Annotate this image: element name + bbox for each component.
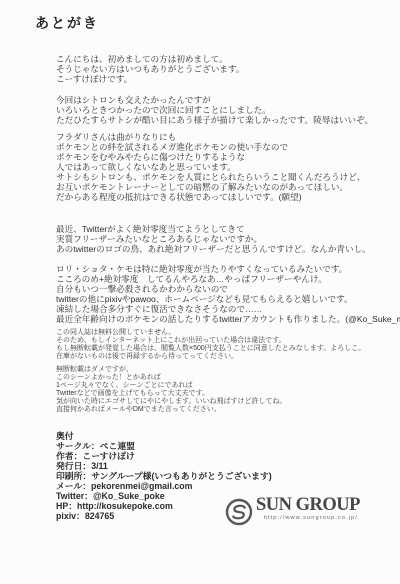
text-line: twitterの他にpixivやpawoo、ホームページなども見てもらえると嬉し…: [56, 294, 392, 304]
sun-group-logo-icon: [225, 498, 253, 531]
text-line: だからある程度の抵抗はできる状態であってほしいです。(願望): [56, 192, 392, 202]
printer-logo: SUN GROUP http://www.sungroup.co.jp/: [225, 495, 360, 531]
printer-name: SUN GROUP: [256, 495, 360, 515]
text-line: メール：pekorenmei@gmail.com: [56, 481, 392, 491]
fine-print-sharing-rules: 無断転載はダメですが、このシーンよかった！とかあれば1ページ丸々でなく、シーンご…: [56, 366, 392, 414]
text-line: この同人誌は無料公開していません。: [56, 329, 392, 337]
text-line: このシーンよかった！とかあれば: [56, 374, 392, 382]
text-line: ポケモンとの絆を試されるメガ進化ポケモンの使い手なので: [56, 142, 392, 152]
text-line: フラダリさんは曲がりなりにも: [56, 132, 392, 142]
text-line: お互いポケモントレーナーとしての暗黙の了解みたいなのがあってほしい。: [56, 182, 392, 192]
text-line: そのため、もしインターネット上にこれが出回っていた場合は違法です。: [56, 337, 392, 345]
text-line: もし無断転載が発覚した場合は、閲覧人数×500円支払うことに同意したとみなします…: [56, 345, 392, 353]
text-line: サトシもシトロンも、ポケモンを人質にとられたらいうこと聞くんだろうけど、: [56, 172, 392, 182]
text-line: 印刷所：サングループ様(いつもありがとうございます): [56, 471, 392, 481]
text-line: こころのめ+絶対零度 してるんやろなあ…やっぱフリーザーやんけ。: [56, 274, 392, 284]
afterword-paragraph-greeting: こんにちは、初めましての方は初めまして。そうじゃない方はいつもありがとうございま…: [56, 54, 392, 84]
afterword-paragraph-characters: フラダリさんは曲がりなりにもポケモンとの絆を試されるメガ進化ポケモンの使い手なの…: [56, 132, 392, 202]
text-line: 在庫がないものは後で再録するから待ってってください。: [56, 353, 392, 361]
text-line: 人ではあって欲しくないなあと思っています。: [56, 162, 392, 172]
afterword-paragraph-this-book: 今回はシトロンも交えたかったんですがいろいろときつかったので次回に回すことにしま…: [56, 95, 392, 125]
text-line: サークル：ぺこ連盟: [56, 441, 392, 451]
text-line: 発行日：3/11: [56, 461, 392, 471]
text-line: 最近、Twitterがよく絶対零度当てようとしてきて: [56, 224, 392, 234]
text-line: こんにちは、初めましての方は初めまして。: [56, 54, 392, 64]
text-line: いろいろときつかったので次回に回すことにしました。: [56, 105, 392, 115]
text-line: 最近全年齢向けのポケモンの話したりするtwitterアカウントも作りました。(@…: [56, 314, 392, 324]
text-line: 1ページ丸々でなく、シーンごとにであれば: [56, 382, 392, 390]
afterword-page: あとがき こんにちは、初めましての方は初めまして。そうじゃない方はいつもありがと…: [0, 0, 400, 584]
text-line: 作者：こーすけぽけ: [56, 451, 392, 461]
text-line: Twitterなどで画像を上げてもらって大丈夫です。: [56, 390, 392, 398]
text-line: ただひたすらサトシが酷い目にあう様子が描けて楽しかったです。陵辱はいいぞ。: [56, 115, 392, 125]
text-line: 気が向いた時にエゴサしてにやにやします。いいね飛ばすけど許してね。: [56, 398, 392, 406]
text-line: 凍結した場合多分すぐに復活できなさそうなので……: [56, 304, 392, 314]
text-line: 自分もいつ一撃必殺されるかわからないので: [56, 284, 392, 294]
text-line: 実質フリーザーみたいなところあるじゃないですか。: [56, 234, 392, 244]
text-line: 直接何かあればメールやDMでまた言ってください。: [56, 406, 392, 414]
fine-print-no-repost: この同人誌は無料公開していません。そのため、もしインターネット上にこれが出回って…: [56, 329, 392, 361]
text-line: そうじゃない方はいつもありがとうございます。: [56, 64, 392, 74]
text-line: ロリ・ショタ・ケモは特に絶対零度が当たりやすくなっているみたいです。: [56, 264, 392, 274]
printer-url: http://www.sungroup.co.jp/: [264, 515, 358, 521]
afterword-content: こんにちは、初めましての方は初めまして。そうじゃない方はいつもありがとうございま…: [0, 54, 400, 521]
page-title: あとがき: [0, 0, 400, 33]
text-line: あのtwitterのロゴの鳥、あれ絶対フリーザーだと思うんですけど。なんか青いし…: [56, 244, 392, 254]
printer-logo-text: SUN GROUP http://www.sungroup.co.jp/: [256, 495, 360, 521]
text-line: ポケモンをむやみやたらに傷つけたりするような: [56, 152, 392, 162]
text-line: こーすけぽけです。: [56, 74, 392, 84]
afterword-paragraph-accounts: ロリ・ショタ・ケモは特に絶対零度が当たりやすくなっているみたいです。こころのめ+…: [56, 264, 392, 324]
colophon-heading: 奥付: [56, 431, 392, 441]
afterword-paragraph-twitter: 最近、Twitterがよく絶対零度当てようとしてきて実質フリーザーみたいなところ…: [56, 224, 392, 254]
text-line: 今回はシトロンも交えたかったんですが: [56, 95, 392, 105]
text-line: 無断転載はダメですが、: [56, 366, 392, 374]
